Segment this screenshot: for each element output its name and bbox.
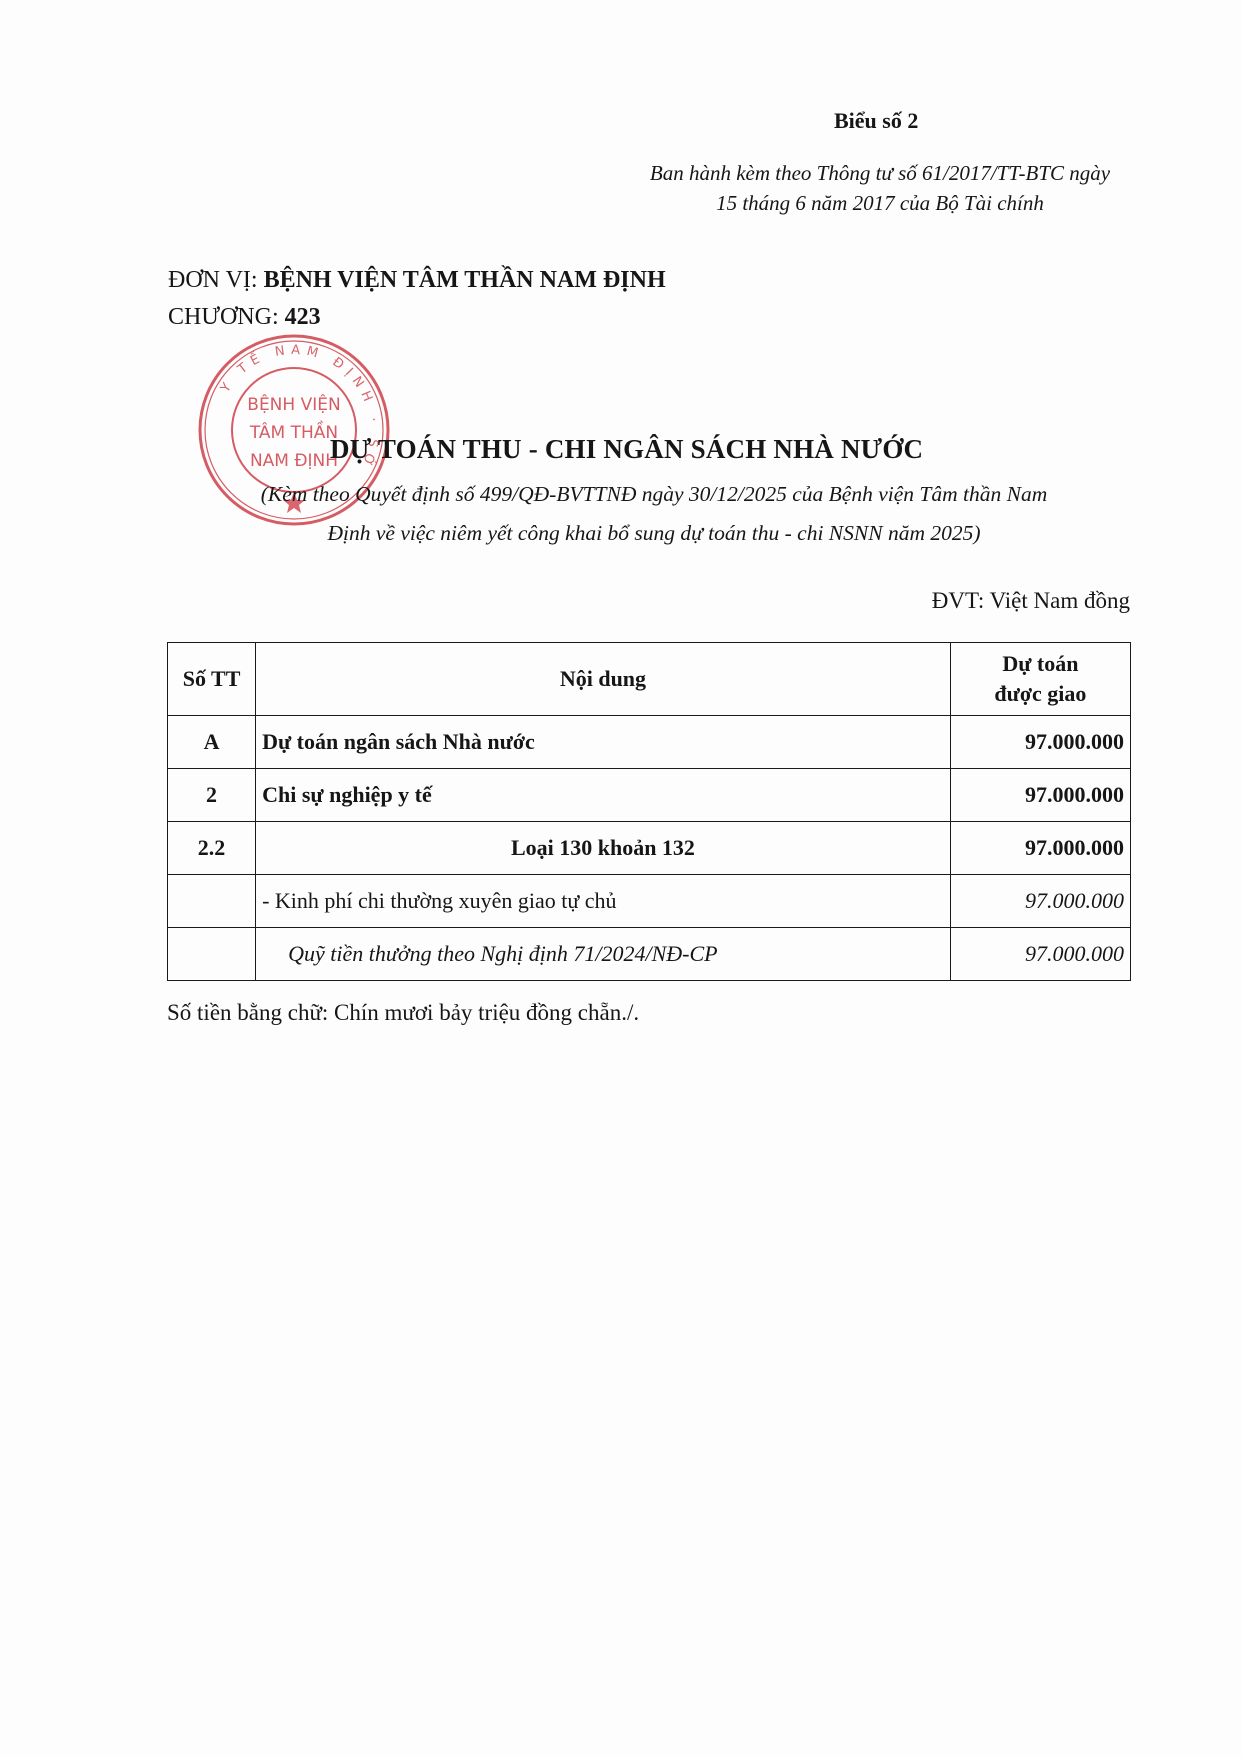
header-amount: Dự toán được giao bbox=[950, 643, 1130, 716]
unit-name: BỆNH VIỆN TÂM THẦN NAM ĐỊNH bbox=[264, 267, 666, 293]
row-amount: 97.000.000 bbox=[950, 928, 1130, 981]
svg-text:TÂM THẦN: TÂM THẦN bbox=[249, 419, 338, 443]
row-no bbox=[168, 875, 256, 928]
table-row: Quỹ tiền thưởng theo Nghị định 71/2024/N… bbox=[168, 928, 1131, 981]
row-amount: 97.000.000 bbox=[950, 769, 1130, 822]
row-content: Chi sự nghiệp y tế bbox=[256, 769, 951, 822]
form-number: Biểu số 2 bbox=[834, 108, 918, 134]
document-title: DỰ TOÁN THU - CHI NGÂN SÁCH NHÀ NƯỚC bbox=[330, 434, 923, 465]
table-row: 2 Chi sự nghiệp y tế 97.000.000 bbox=[168, 769, 1131, 822]
unit-label: ĐƠN VỊ: bbox=[168, 267, 264, 293]
issued-reference-line-1: Ban hành kèm theo Thông tư số 61/2017/TT… bbox=[620, 158, 1140, 188]
chapter-line: CHƯƠNG: 423 bbox=[168, 304, 321, 331]
unit-of-measure: ĐVT: Việt Nam đồng bbox=[932, 588, 1130, 614]
table-row: - Kinh phí chi thường xuyên giao tự chủ … bbox=[168, 875, 1131, 928]
svg-text:BỆNH VIỆN: BỆNH VIỆN bbox=[247, 393, 340, 415]
row-no: A bbox=[168, 716, 256, 769]
row-amount: 97.000.000 bbox=[950, 875, 1130, 928]
svg-text:NAM ĐỊNH: NAM ĐỊNH bbox=[250, 451, 338, 471]
row-amount: 97.000.000 bbox=[950, 822, 1130, 875]
header-amount-line-1: Dự toán bbox=[957, 649, 1124, 679]
row-content: Quỹ tiền thưởng theo Nghị định 71/2024/N… bbox=[256, 928, 951, 981]
row-no: 2.2 bbox=[168, 822, 256, 875]
document-subtitle-line-2: Định về việc niêm yết công khai bổ sung … bbox=[178, 521, 1130, 546]
header-content: Nội dung bbox=[256, 643, 951, 716]
row-content: - Kinh phí chi thường xuyên giao tự chủ bbox=[256, 875, 951, 928]
chapter-label: CHƯƠNG: bbox=[168, 304, 285, 330]
amount-in-words: Số tiền bằng chữ: Chín mươi bảy triệu đồ… bbox=[167, 1000, 639, 1026]
row-content: Dự toán ngân sách Nhà nước bbox=[256, 716, 951, 769]
table-header-row: Số TT Nội dung Dự toán được giao bbox=[168, 643, 1131, 716]
budget-table: Số TT Nội dung Dự toán được giao A Dự to… bbox=[167, 642, 1131, 981]
table-row: A Dự toán ngân sách Nhà nước 97.000.000 bbox=[168, 716, 1131, 769]
row-content: Loại 130 khoản 132 bbox=[256, 822, 951, 875]
table-row: 2.2 Loại 130 khoản 132 97.000.000 bbox=[168, 822, 1131, 875]
header-amount-line-2: được giao bbox=[957, 679, 1124, 709]
document-subtitle-line-1: (Kèm theo Quyết định số 499/QĐ-BVTTNĐ ng… bbox=[178, 482, 1130, 507]
row-no: 2 bbox=[168, 769, 256, 822]
unit-line: ĐƠN VỊ: BỆNH VIỆN TÂM THẦN NAM ĐỊNH bbox=[168, 267, 666, 294]
chapter-value: 423 bbox=[285, 304, 321, 330]
issued-reference-line-2: 15 tháng 6 năm 2017 của Bộ Tài chính bbox=[620, 188, 1140, 218]
row-no bbox=[168, 928, 256, 981]
row-amount: 97.000.000 bbox=[950, 716, 1130, 769]
header-no: Số TT bbox=[168, 643, 256, 716]
